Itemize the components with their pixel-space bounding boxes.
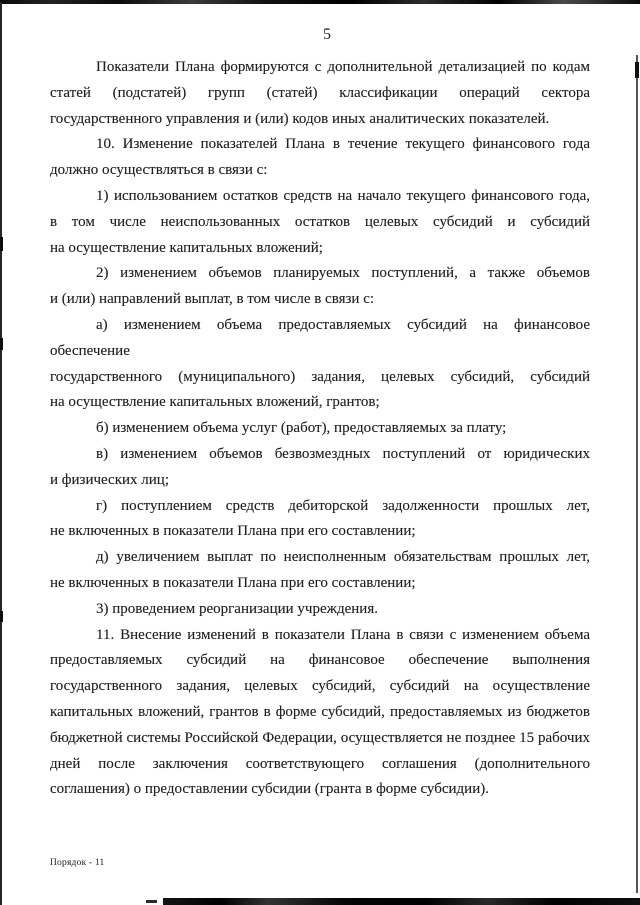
text-line: 10. Изменение показателей Плана в течени…	[50, 132, 590, 158]
scan-speck	[0, 338, 3, 350]
paragraph: б) изменением объема услуг (работ), пред…	[50, 416, 590, 442]
text-line: предоставляемых субсидий на финансовое о…	[50, 648, 590, 674]
text-line: не включенных в показатели Плана при его…	[50, 519, 590, 545]
text-line: 1) использованием остатков средств на на…	[50, 184, 590, 210]
text-line: на осуществление капитальных вложений;	[50, 236, 590, 262]
paragraph: 10. Изменение показателей Плана в течени…	[50, 132, 590, 184]
text-line: должно осуществляться в связи с:	[50, 158, 590, 184]
text-line: бюджетной системы Российской Федерации, …	[50, 726, 590, 752]
scan-speck	[635, 62, 639, 78]
scanned-document-page: 5 Показатели Плана формируются с дополни…	[0, 0, 640, 905]
scan-edge-bottom	[163, 898, 640, 905]
text-line: соглашения) о предоставлении субсидии (г…	[50, 777, 590, 803]
text-line: д) увеличением выплат по неисполненным о…	[50, 545, 590, 571]
scan-speck	[146, 900, 157, 903]
scan-edge-top	[0, 0, 640, 4]
text-line: статей (подстатей) групп (статей) класси…	[50, 81, 590, 107]
document-body: Показатели Плана формируются с дополните…	[50, 55, 590, 803]
text-line: а) изменением объема предоставляемых суб…	[50, 313, 590, 365]
paragraph: г) поступлением средств дебиторской задо…	[50, 494, 590, 546]
page-number: 5	[50, 26, 590, 44]
text-line: 11. Внесение изменений в показатели План…	[50, 623, 590, 649]
paragraph: в) изменением объемов безвозмездных пост…	[50, 442, 590, 494]
text-line: Показатели Плана формируются с дополните…	[50, 55, 590, 81]
paragraph: 11. Внесение изменений в показатели План…	[50, 623, 590, 804]
text-line: капитальных вложений, грантов в форме су…	[50, 700, 590, 726]
paragraph: д) увеличением выплат по неисполненным о…	[50, 545, 590, 597]
paragraph: а) изменением объема предоставляемых суб…	[50, 313, 590, 416]
text-line: на осуществление капитальных вложений, г…	[50, 390, 590, 416]
scan-edge-right	[636, 55, 638, 893]
text-line: б) изменением объема услуг (работ), пред…	[50, 416, 590, 442]
text-line: г) поступлением средств дебиторской задо…	[50, 494, 590, 520]
text-line: 2) изменением объемов планируемых поступ…	[50, 261, 590, 287]
text-line: не включенных в показатели Плана при его…	[50, 571, 590, 597]
paragraph: Показатели Плана формируются с дополните…	[50, 55, 590, 132]
scan-speck	[0, 237, 3, 251]
text-line: 3) проведением реорганизации учреждения.	[50, 597, 590, 623]
text-line: государственного задания, целевых субсид…	[50, 674, 590, 700]
text-line: и физических лиц;	[50, 468, 590, 494]
text-line: в том числе неиспользованных остатков це…	[50, 210, 590, 236]
text-line: и (или) направлений выплат, в том числе …	[50, 287, 590, 313]
text-line: в) изменением объемов безвозмездных пост…	[50, 442, 590, 468]
footer-reference: Порядок - 11	[50, 858, 104, 868]
paragraph: 3) проведением реорганизации учреждения.	[50, 597, 590, 623]
text-line: государственного (муниципального) задани…	[50, 365, 590, 391]
text-line: дней после заключения соответствующего с…	[50, 752, 590, 778]
paragraph: 2) изменением объемов планируемых поступ…	[50, 261, 590, 313]
scan-edge-left	[0, 2, 2, 905]
paragraph: 1) использованием остатков средств на на…	[50, 184, 590, 261]
text-line: государственного управления и (или) кодо…	[50, 107, 590, 133]
scan-speck	[0, 611, 3, 622]
